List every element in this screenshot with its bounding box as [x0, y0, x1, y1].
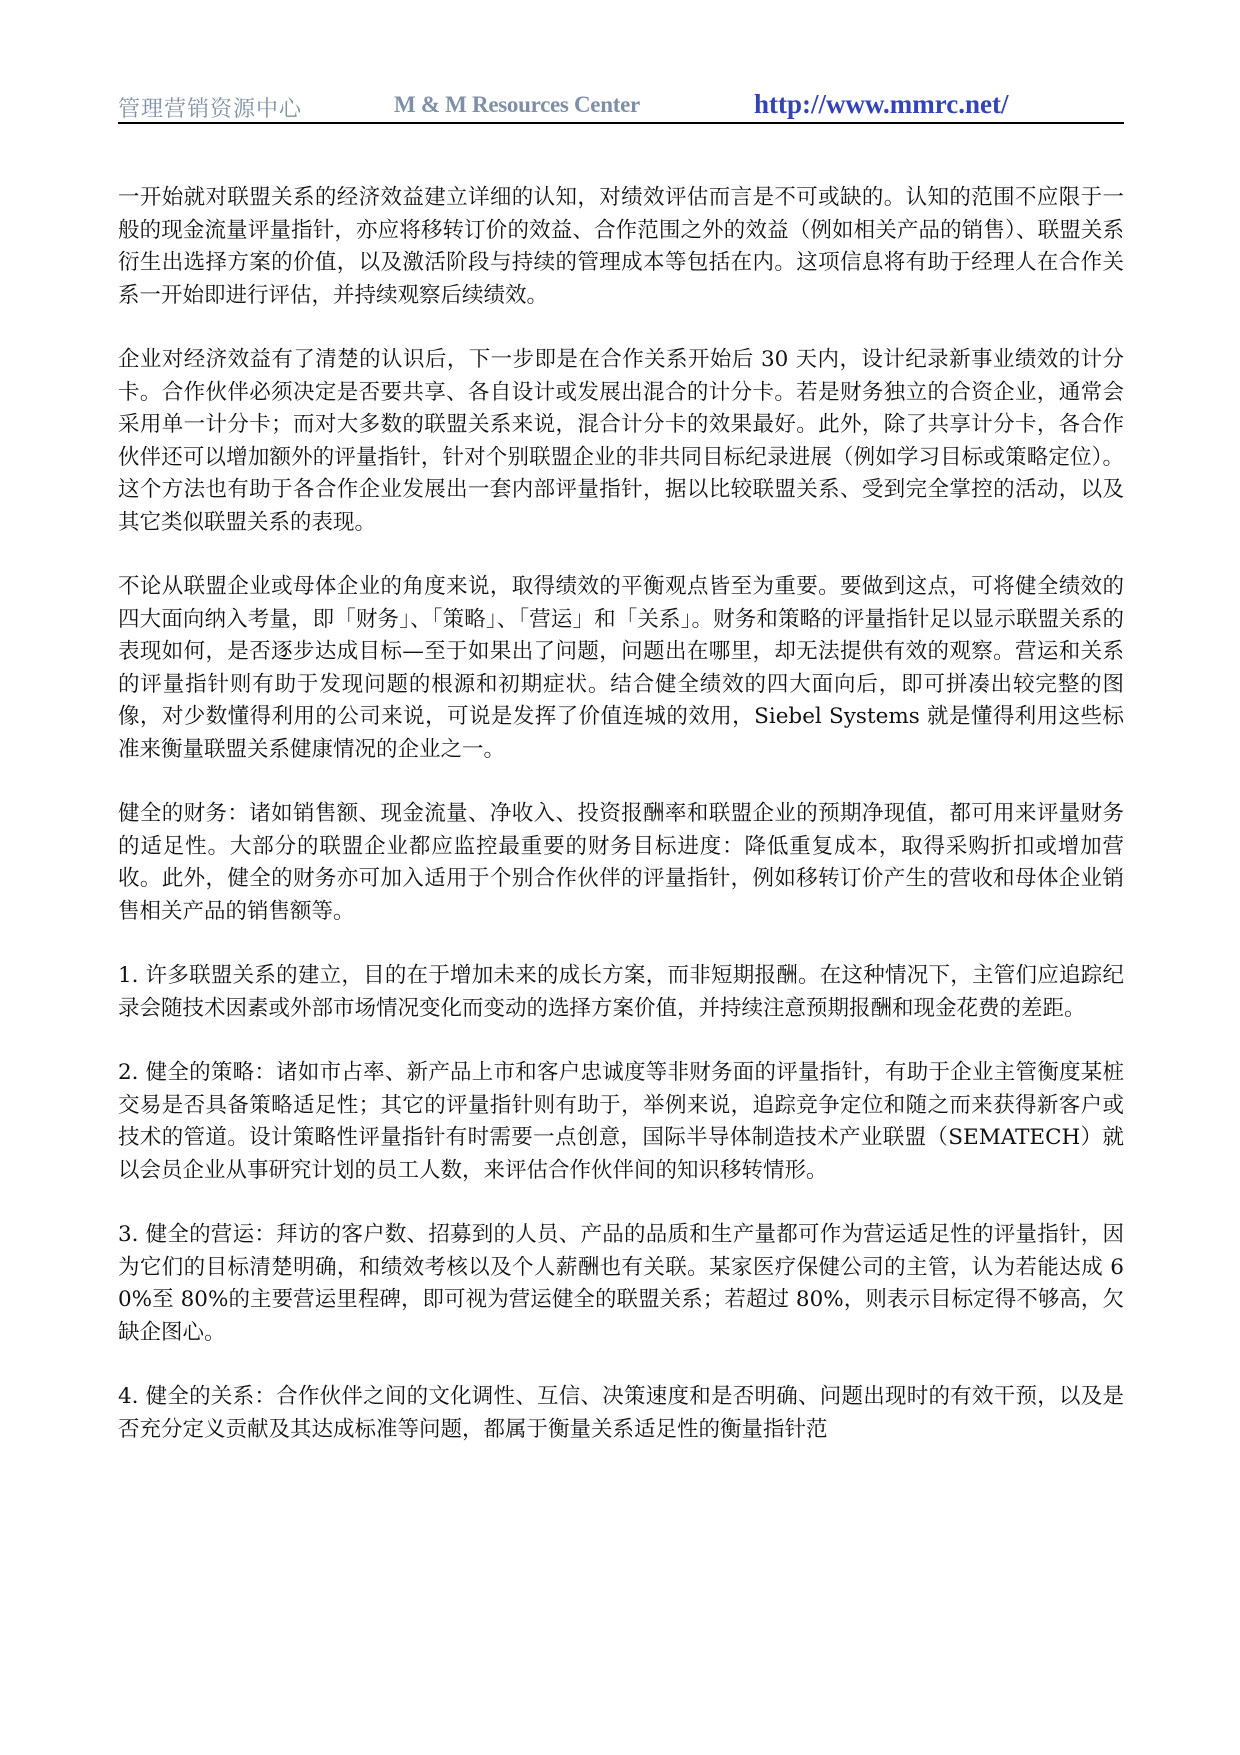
- header-org-name-cn: 管理营销资源中心: [118, 92, 302, 123]
- list-item-2-healthy-strategy: 2. 健全的策略：诸如市占率、新产品上市和客户忠诚度等非财务面的评量指针，有助于…: [118, 1057, 1124, 1187]
- paragraph-economic-benefits: 一开始就对联盟关系的经济效益建立详细的认知，对绩效评估而言是不可或缺的。认知的范…: [118, 182, 1124, 312]
- header-url-link[interactable]: http://www.mmrc.net/: [754, 89, 1008, 120]
- paragraph-healthy-finance: 健全的财务：诸如销售额、现金流量、净收入、投资报酬率和联盟企业的预期净现值，都可…: [118, 798, 1124, 928]
- list-item-4-healthy-relationship: 4. 健全的关系：合作伙伴之间的文化调性、互信、决策速度和是否明确、问题出现时的…: [118, 1381, 1124, 1446]
- list-item-3-healthy-operations: 3. 健全的营运：拜访的客户数、招募到的人员、产品的品质和生产量都可作为营运适足…: [118, 1219, 1124, 1349]
- list-item-1-growth-options: 1. 许多联盟关系的建立，目的在于增加未来的成长方案，而非短期报酬。在这种情况下…: [118, 960, 1124, 1025]
- paragraph-balanced-view: 不论从联盟企业或母体企业的角度来说，取得绩效的平衡观点皆至为重要。要做到这点，可…: [118, 571, 1124, 766]
- document-body: 一开始就对联盟关系的经济效益建立详细的认知，对绩效评估而言是不可或缺的。认知的范…: [118, 182, 1124, 1478]
- paragraph-scorecard: 企业对经济效益有了清楚的认识后，下一步即是在合作关系开始后 30 天内，设计纪录…: [118, 344, 1124, 539]
- header-org-name-en: M & M Resources Center: [394, 92, 640, 118]
- page-header: 管理营销资源中心 M & M Resources Center http://w…: [118, 88, 1124, 124]
